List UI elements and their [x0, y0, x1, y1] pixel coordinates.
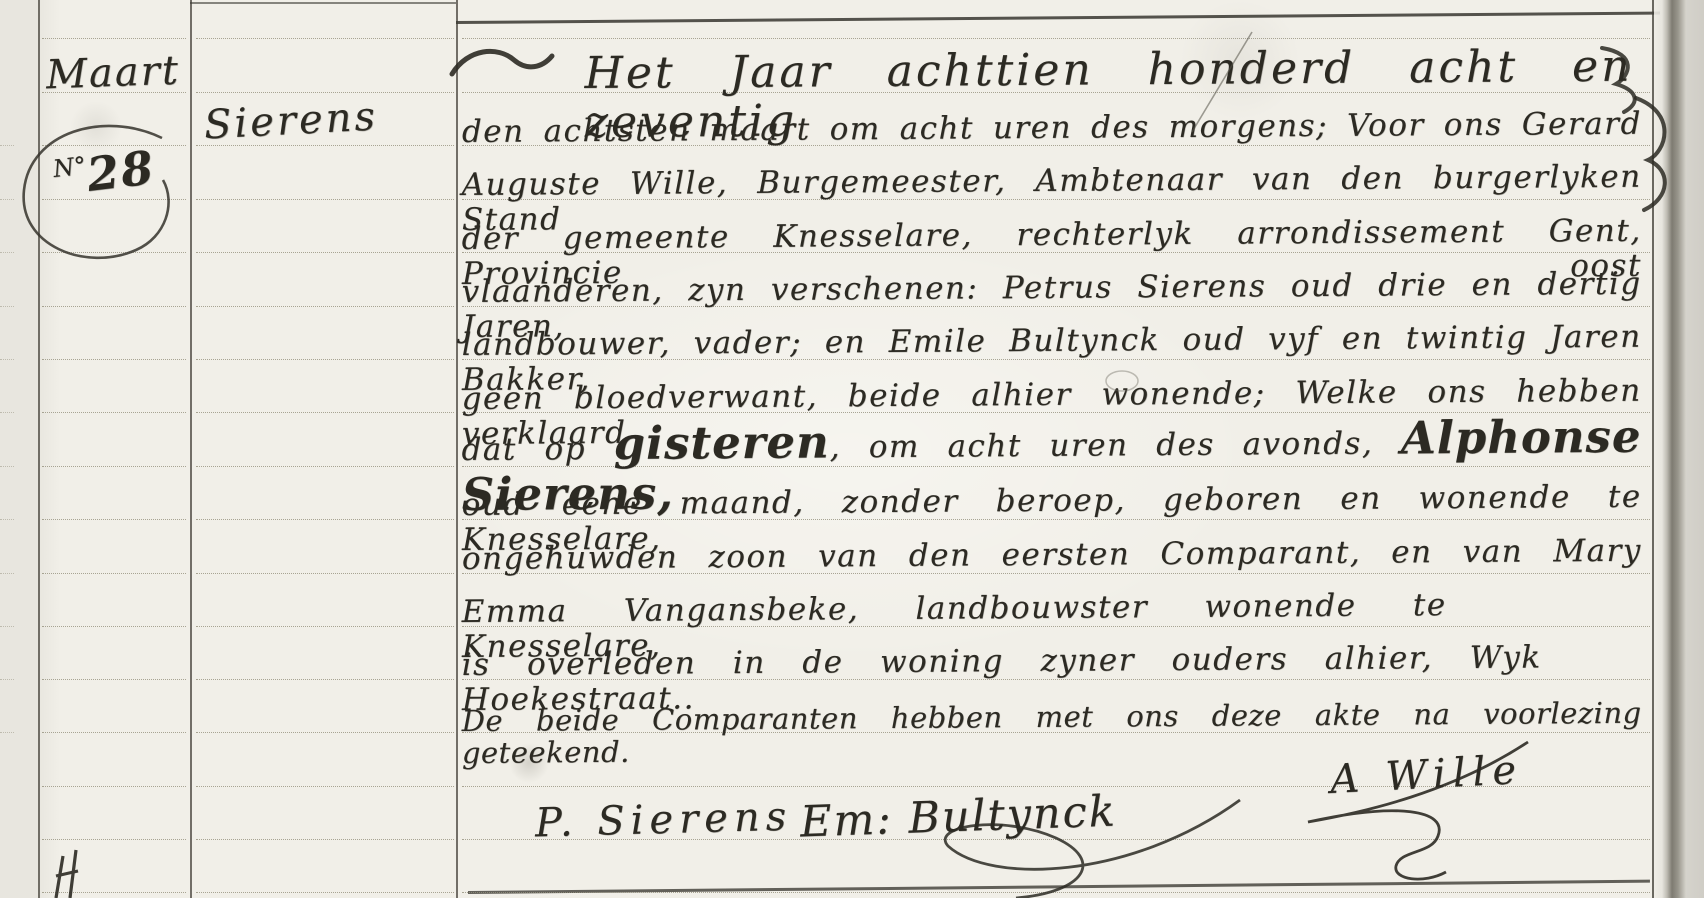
act-line: ongehuwden zoon van den eersten Comparan… — [462, 534, 1642, 577]
act-text: den achtsten maart om acht uren des morg… — [462, 106, 1642, 150]
signature-petrus-sierens: P. Sierens — [534, 794, 792, 847]
act-text: dat op — [461, 431, 613, 468]
act-text: ongehuwden zoon van den eersten Comparan… — [462, 533, 1642, 577]
act-line: den achtsten maart om acht uren des morg… — [462, 107, 1642, 150]
act-emphasized-text: gisteren — [613, 415, 829, 470]
act-text: , om acht uren des avonds, — [830, 425, 1401, 465]
register-page-scan: Maart N°28 Sierens Het Jaar achttien hon… — [0, 0, 1704, 898]
